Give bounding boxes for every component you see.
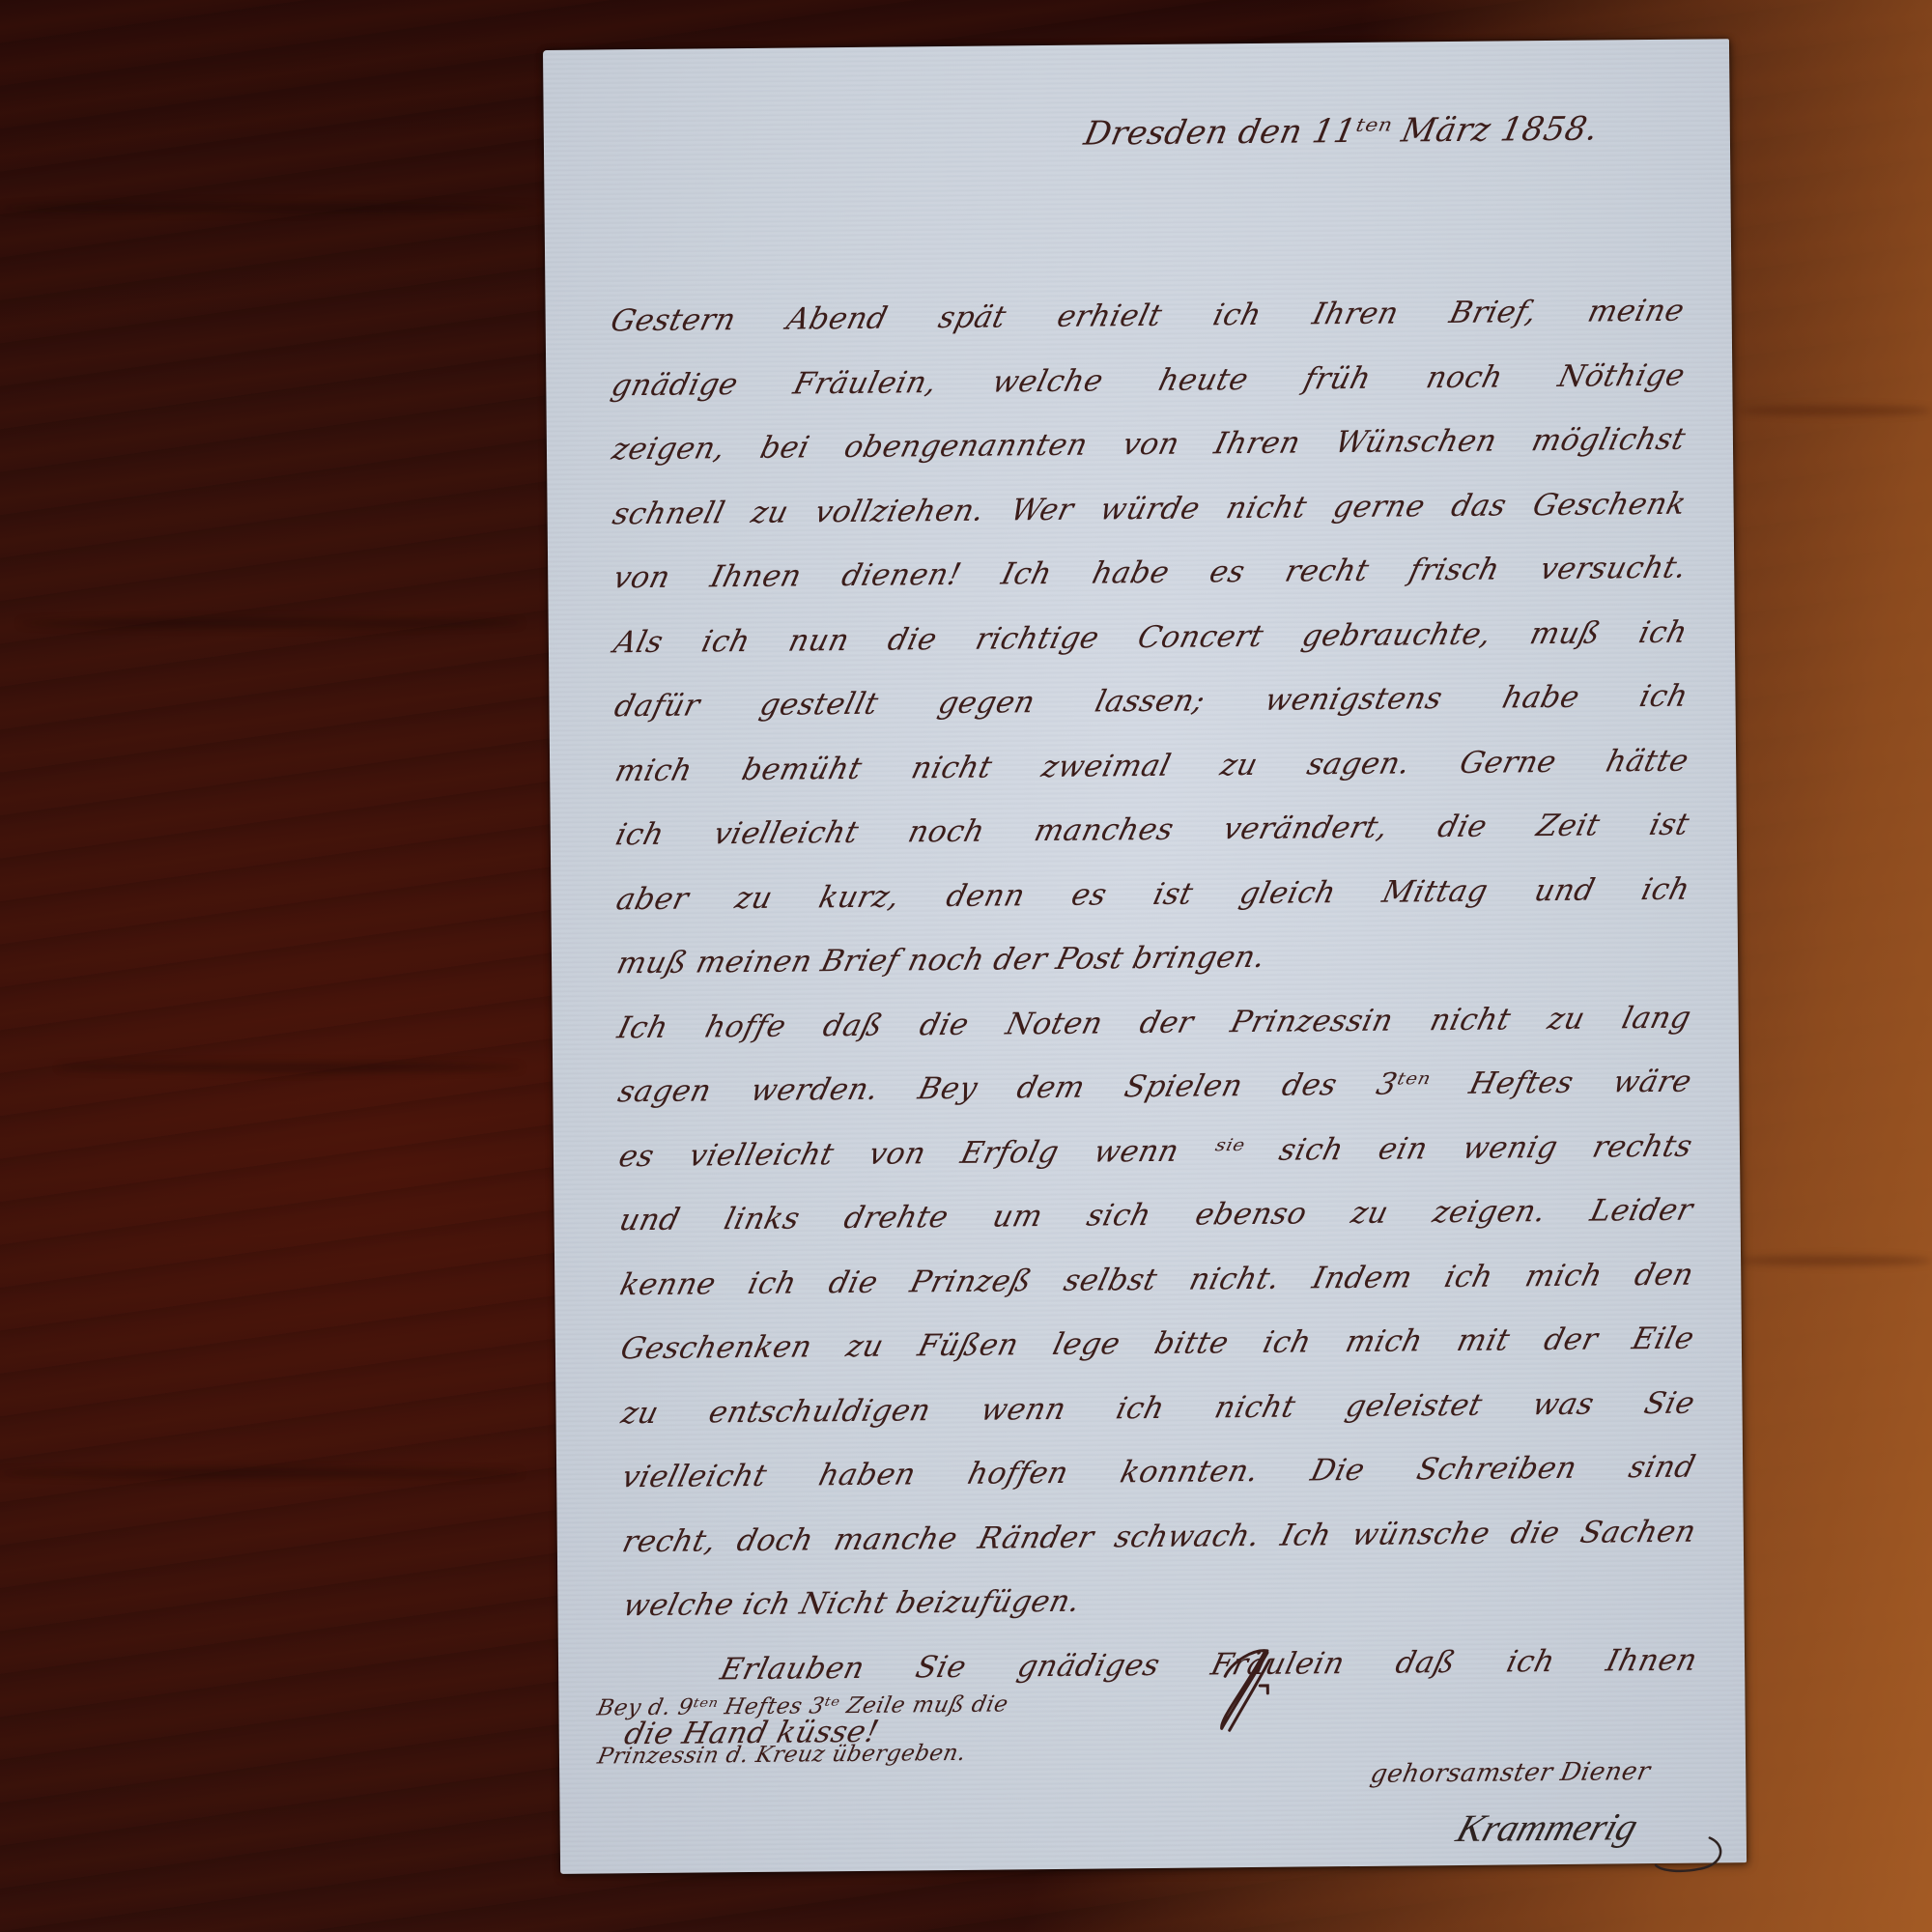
letter-line: es vielleicht von Erfolg wenn ˢⁱᵉ sich e… (611, 1114, 1699, 1188)
letter-line: vielleicht haben hoffen konnten. Die Sch… (615, 1435, 1703, 1510)
wood-grain (0, 203, 541, 213)
postscript-line: Bey d. 9ᵗᵉⁿ Heftes 3ᵗᵉ Zeile muß die (592, 1679, 1104, 1732)
signature-flourish-icon (1642, 1835, 1729, 1875)
letter-line: von Ihnen dienen! Ich habe es recht fris… (607, 536, 1694, 611)
letter-line: Gestern Abend spät erhielt ich Ihren Bri… (604, 279, 1691, 354)
postscript: Bey d. 9ᵗᵉⁿ Heftes 3ᵗᵉ Zeile muß die Pri… (597, 1680, 1100, 1781)
letter-line: Ich hoffe daß die Noten der Prinzessin n… (611, 985, 1698, 1060)
letter-line: kenne ich die Prinzeß selbst nicht. Inde… (613, 1242, 1701, 1317)
letter-line: Als ich nun die richtige Concert gebrauc… (607, 600, 1694, 674)
letter-line: gnädige Fräulein, welche heute früh noch… (605, 343, 1692, 417)
wood-grain (0, 1468, 522, 1478)
letter-line: und links drehte um sich ebenso zu zeige… (612, 1179, 1700, 1253)
letter-sheet: Dresden den 11ᵗᵉⁿ März 1858. Gestern Abe… (543, 39, 1747, 1874)
letter-line: dafür gestellt gegen lassen; wenigstens … (608, 665, 1695, 739)
ihr-flourish-icon (1215, 1647, 1274, 1735)
wood-grain (1739, 1256, 1932, 1265)
letter-line: aber zu kurz, denn es ist gleich Mittag … (610, 857, 1697, 931)
letter-line: sagen werden. Bey dem Spielen des 3ᵗᵉⁿ H… (611, 1050, 1699, 1124)
letter-line: muß meinen Brief noch der Post bringen. (610, 922, 1697, 996)
wood-grain (1739, 406, 1932, 415)
wood-grain (58, 1063, 522, 1072)
letter-body: Gestern Abend spät erhielt ich Ihren Bri… (603, 279, 1709, 1767)
signature: Krammerig (1451, 1804, 1643, 1851)
letter-line: recht, doch manche Ränder schwach. Ich w… (615, 1499, 1703, 1574)
letter-line: ich vielleicht noch manches verändert, d… (609, 793, 1696, 867)
postscript-line: Prinzessin d. Kreuz übergeben. (593, 1727, 1105, 1780)
letter-line: Geschenken zu Füßen lege bitte ich mich … (613, 1307, 1701, 1381)
letter-line: welche ich Nicht beizufügen. (616, 1564, 1704, 1638)
wood-grain (19, 618, 522, 628)
letter-line: schnell zu vollziehen. Wer würde nicht g… (606, 471, 1693, 546)
letter-line: zeigen, bei obengenannten von Ihren Wüns… (605, 408, 1692, 482)
closing-phrase: gehorsamster Diener (1368, 1757, 1653, 1789)
letter-line: mich bemüht nicht zweimal zu sagen. Gern… (608, 728, 1695, 803)
letter-line: zu entschuldigen wenn ich nicht geleiste… (614, 1371, 1702, 1445)
letter-dateline: Dresden den 11ᵗᵉⁿ März 1858. (1081, 109, 1602, 153)
